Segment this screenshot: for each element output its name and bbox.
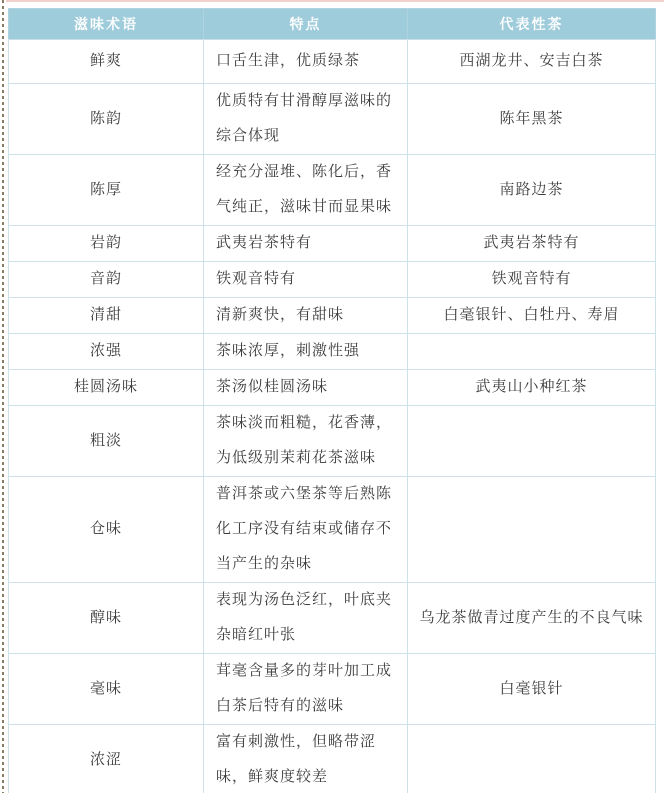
table-header-row: 滋味术语 特点 代表性茶: [9, 9, 656, 40]
tea-cell: 白毫银针: [408, 654, 656, 725]
feature-cell: 茸毫含量多的芽叶加工成白茶后特有的滋味: [204, 654, 408, 725]
feature-cell: 普洱茶或六堡茶等后熟陈化工序没有结束或储存不当产生的杂味: [204, 477, 408, 583]
feature-cell: 表现为汤色泛红，叶底夹杂暗红叶张: [204, 583, 408, 654]
table-row: 陈厚 经充分湿堆、陈化后，香气纯正，滋味甘而显果味 南路边茶: [9, 155, 656, 226]
term-cell: 音韵: [9, 262, 204, 298]
table-row: 毫味 茸毫含量多的芽叶加工成白茶后特有的滋味 白毫银针: [9, 654, 656, 725]
feature-cell: 口舌生津，优质绿茶: [204, 40, 408, 84]
term-cell: 岩韵: [9, 226, 204, 262]
table-row: 鲜爽 口舌生津，优质绿茶 西湖龙井、安吉白茶: [9, 40, 656, 84]
term-cell: 仓味: [9, 477, 204, 583]
column-header-tea: 代表性茶: [408, 9, 656, 40]
term-cell: 鲜爽: [9, 40, 204, 84]
term-cell: 陈厚: [9, 155, 204, 226]
tea-cell: 铁观音特有: [408, 262, 656, 298]
feature-cell: 优质特有甘滑醇厚滋味的综合体现: [204, 84, 408, 155]
tea-cell: 武夷岩茶特有: [408, 226, 656, 262]
page: 滋味术语 特点 代表性茶 鲜爽 口舌生津，优质绿茶 西湖龙井、安吉白茶 陈韵 优…: [0, 0, 664, 793]
term-cell: 醇味: [9, 583, 204, 654]
tea-cell: 陈年黑茶: [408, 84, 656, 155]
term-cell: 陈韵: [9, 84, 204, 155]
tea-cell: [408, 406, 656, 477]
feature-cell: 清新爽快，有甜味: [204, 298, 408, 334]
feature-cell: 茶味淡而粗糙，花香薄，为低级别茉莉花茶滋味: [204, 406, 408, 477]
feature-cell: 富有刺激性，但略带涩味，鲜爽度较差: [204, 725, 408, 793]
table-row: 仓味 普洱茶或六堡茶等后熟陈化工序没有结束或储存不当产生的杂味: [9, 477, 656, 583]
tea-cell: 白毫银针、白牡丹、寿眉: [408, 298, 656, 334]
feature-cell: 经充分湿堆、陈化后，香气纯正，滋味甘而显果味: [204, 155, 408, 226]
table-row: 桂圆汤味 茶汤似桂圆汤味 武夷山小种红茶: [9, 370, 656, 406]
term-cell: 浓强: [9, 334, 204, 370]
tea-cell: [408, 725, 656, 793]
column-header-feature: 特点: [204, 9, 408, 40]
tea-cell: 南路边茶: [408, 155, 656, 226]
table-row: 陈韵 优质特有甘滑醇厚滋味的综合体现 陈年黑茶: [9, 84, 656, 155]
table-row: 清甜 清新爽快，有甜味 白毫银针、白牡丹、寿眉: [9, 298, 656, 334]
tea-cell: 武夷山小种红茶: [408, 370, 656, 406]
term-cell: 桂圆汤味: [9, 370, 204, 406]
table-row: 岩韵 武夷岩茶特有 武夷岩茶特有: [9, 226, 656, 262]
table-row: 音韵 铁观音特有 铁观音特有: [9, 262, 656, 298]
term-cell: 清甜: [9, 298, 204, 334]
tea-cell: 乌龙茶做青过度产生的不良气味: [408, 583, 656, 654]
term-cell: 粗淡: [9, 406, 204, 477]
table-row: 醇味 表现为汤色泛红，叶底夹杂暗红叶张 乌龙茶做青过度产生的不良气味: [9, 583, 656, 654]
feature-cell: 铁观音特有: [204, 262, 408, 298]
term-cell: 毫味: [9, 654, 204, 725]
feature-cell: 茶汤似桂圆汤味: [204, 370, 408, 406]
torn-edge-left: [2, 0, 4, 793]
table-row: 浓涩 富有刺激性，但略带涩味，鲜爽度较差: [9, 725, 656, 793]
page-top-edge: [6, 0, 664, 2]
table-row: 粗淡 茶味淡而粗糙，花香薄，为低级别茉莉花茶滋味: [9, 406, 656, 477]
tea-cell: 西湖龙井、安吉白茶: [408, 40, 656, 84]
term-cell: 浓涩: [9, 725, 204, 793]
tea-taste-terms-table: 滋味术语 特点 代表性茶 鲜爽 口舌生津，优质绿茶 西湖龙井、安吉白茶 陈韵 优…: [8, 8, 656, 793]
table-row: 浓强 茶味浓厚，刺激性强: [9, 334, 656, 370]
feature-cell: 茶味浓厚，刺激性强: [204, 334, 408, 370]
column-header-term: 滋味术语: [9, 9, 204, 40]
tea-cell: [408, 477, 656, 583]
feature-cell: 武夷岩茶特有: [204, 226, 408, 262]
tea-cell: [408, 334, 656, 370]
